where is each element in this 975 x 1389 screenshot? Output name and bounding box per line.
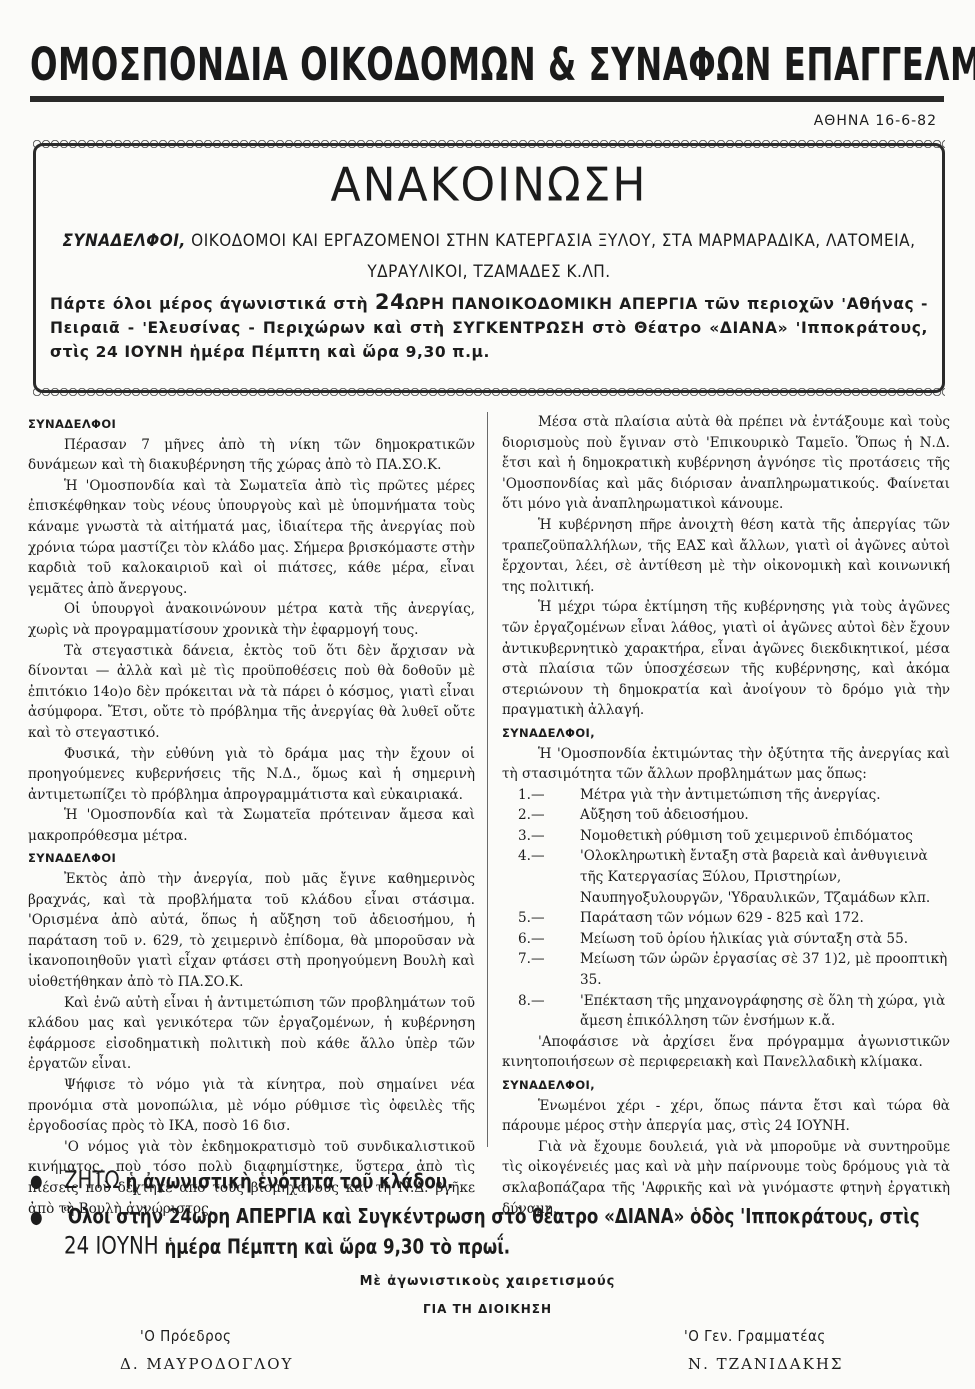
demand-item: 5.—Παράταση τῶν νόμων 629 - 825 καὶ 172. — [502, 908, 950, 929]
slogan2-text-2: ἡμέρα Πέμπτη καὶ ὥρα 9,30 τὸ πρωΐ. — [159, 1236, 510, 1259]
closing-board: ΓΙΑ ΤΗ ΔΙΟΙΚΗΣΗ — [0, 1302, 975, 1316]
announcement-title: ΑΝΑΚΟΙΝΩΣΗ — [36, 159, 942, 213]
announcement-address: ΣΥΝΑΔΕΛΦΟΙ, ΟΙΚΟΔΟΜΟΙ ΚΑΙ ΕΡΓΑΖΟΜΕΝΟΙ ΣΤ… — [46, 226, 932, 288]
demand-item: 7.—Μείωση τῶν ὡρῶν ἐργασίας σὲ 37 1)2, μ… — [502, 949, 950, 990]
demand-item: 8.—'Επέκταση τῆς μηχανογράφησης σὲ ὅλη τ… — [502, 991, 950, 1032]
section-heading: ΣΥΝΑΔΕΛΦΟΙ — [28, 848, 475, 869]
paragraph: Φυσικά, τὴν εὐθύνη γιὰ τὸ δράμα μας τὴν … — [28, 744, 475, 806]
paragraph: Ψήφισε τὸ νόμο γιὰ τὰ κίνητρα, ποὺ σημαί… — [28, 1075, 475, 1137]
paragraph: Ἡ 'Ομοσπονδία καὶ τὰ Σωματεῖα ἀπὸ τὶς πρ… — [28, 476, 475, 600]
demand-item: 6.—Μείωση τοῦ ὁρίου ἡλικίας γιὰ σύνταξη … — [502, 929, 950, 950]
closing-greeting: Μὲ ἀγωνιστικοὺς χαιρετισμούς — [0, 1274, 975, 1289]
right-column: Μέσα στὰ πλαίσια αὐτὰ θὰ πρέπει νὰ ἐντάξ… — [502, 412, 950, 1219]
demands-list: 1.—Μέτρα γιὰ τὴν ἀντιμετώπιση τῆς ἀνεργί… — [502, 785, 950, 1032]
address-rest: ΟΙΚΟΔΟΜΟΙ ΚΑΙ ΕΡΓΑΖΟΜΕΝΟΙ ΣΤΗΝ ΚΑΤΕΡΓΑΣΙ… — [186, 231, 916, 282]
call-24: 24 — [375, 290, 405, 314]
demand-item: 4.—'Ολοκληρωτικὴ ἔνταξη στὰ βαρειὰ καὶ ἀ… — [502, 846, 950, 908]
strike-call: Πάρτε όλοι μέρος άγωνιστικά στὴ 24ΩΡΗ ΠΑ… — [50, 290, 928, 364]
body-columns: ΣΥΝΑΔΕΛΦΟΙ Πέρασαν 7 μῆνες ἀπὸ τὴ νίκη τ… — [28, 412, 950, 1157]
section-heading: ΣΥΝΑΔΕΛΦΟΙ, — [502, 1075, 950, 1096]
secretary-name: Ν. ΤΖΑΝΙΔΑΚΗΣ — [688, 1355, 844, 1373]
left-column: ΣΥΝΑΔΕΛΦΟΙ Πέρασαν 7 μῆνες ἀπὸ τὴ νίκη τ… — [28, 412, 475, 1219]
column-divider — [487, 412, 488, 1147]
paragraph: Τὰ στεγαστικὰ δάνεια, ἐκτὸς τοῦ ὅτι δὲν … — [28, 641, 475, 744]
demand-item: 1.—Μέτρα γιὰ τὴν ἀντιμετώπιση τῆς ἀνεργί… — [502, 785, 950, 806]
secretary-title: 'Ο Γεν. Γραμματέας — [684, 1327, 826, 1345]
demand-item: 2.—Αὔξηση τοῦ ἀδειοσήμου. — [502, 805, 950, 826]
header-rule — [30, 96, 944, 102]
slogan-1: ● ΖΗΤΩ ἡ ἀγωνιστικὴ ἑνότητα τοῦ κλάδου. — [30, 1166, 945, 1197]
call-text-1: Πάρτε όλοι μέρος άγωνιστικά στὴ — [50, 295, 375, 313]
section-heading: ΣΥΝΑΔΕΛΦΟΙ, — [502, 723, 950, 744]
slogan2-date: 24 ΙΟΥΝΗ — [64, 1233, 159, 1261]
slogan2-text-1: Ὅλοι στὴν 24ωρη ΑΠΕΡΓΙΑ καὶ Συγκέντρωση … — [64, 1205, 920, 1228]
slogan1-lead: ΖΗΤΩ — [64, 1167, 120, 1195]
paragraph: Ἡ 'Ομοσπονδία καὶ τὰ Σωματεῖα πρότειναν … — [28, 805, 475, 846]
slogans: ● ΖΗΤΩ ἡ ἀγωνιστικὴ ἑνότητα τοῦ κλάδου. … — [30, 1166, 945, 1265]
paragraph: Μέσα στὰ πλαίσια αὐτὰ θὰ πρέπει νὰ ἐντάξ… — [502, 412, 950, 515]
demand-item: 3.—Νομοθετικὴ ρύθμιση τοῦ χειμερινοῦ ἐπι… — [502, 826, 950, 847]
bullet-icon: ● — [30, 1202, 64, 1263]
president-title: 'Ο Πρόεδρος — [140, 1327, 231, 1345]
section-heading: ΣΥΝΑΔΕΛΦΟΙ — [28, 414, 475, 435]
paragraph: Ἡ μέχρι τώρα ἐκτίμηση τῆς κυβέρνησης γιὰ… — [502, 597, 950, 721]
place-date: ΑΘΗΝΑ 16-6-82 — [814, 113, 937, 129]
paragraph: Πέρασαν 7 μῆνες ἀπὸ τὴ νίκη τῶν δημοκρατ… — [28, 435, 475, 476]
paragraph: Ἑνωμένοι χέρι - χέρι, ὅπως πάντα ἔτσι κα… — [502, 1096, 950, 1137]
paragraph: Ἡ κυβέρνηση πῆρε ἀνοιχτὴ θέση κατὰ τῆς ἀ… — [502, 515, 950, 597]
president-name: Δ. ΜΑΥΡΟΔΟΓΛΟΥ — [120, 1355, 293, 1373]
organization-header: ΟΜΟΣΠΟΝΔΙΑ ΟΙΚΟΔΟΜΩΝ & ΣΥΝΑΦΩΝ ΕΠΑΓΓΕΛΜΑ… — [30, 40, 945, 91]
slogan-2: ● Ὅλοι στὴν 24ωρη ΑΠΕΡΓΙΑ καὶ Συγκέντρωσ… — [30, 1202, 945, 1263]
paragraph: Ἐκτὸς ἀπὸ τὴν ἀνεργία, ποὺ μᾶς ἔγινε καθ… — [28, 869, 475, 993]
paragraph: 'Αποφάσισε νὰ ἀρχίσει ἕνα πρόγραμμα ἀγων… — [502, 1032, 950, 1073]
bullet-icon: ● — [30, 1166, 64, 1197]
slogan1-text: ἡ ἀγωνιστικὴ ἑνότητα τοῦ κλάδου. — [120, 1170, 454, 1193]
paragraph: Ἡ 'Ομοσπονδία ἐκτιμώντας τὴν ὀξύτητα τῆς… — [502, 744, 950, 785]
paragraph: Καὶ ἐνῶ αὐτὴ εἶναι ἡ ἀντιμετώπιση τῶν πρ… — [28, 993, 475, 1075]
paragraph: Οἱ ὑπουργοὶ ἀνακοινώνουν μέτρα κατὰ τῆς … — [28, 599, 475, 640]
address-lead: ΣΥΝΑΔΕΛΦΟΙ, — [63, 231, 186, 251]
announcement-box: ΑΝΑΚΟΙΝΩΣΗ ΣΥΝΑΔΕΛΦΟΙ, ΟΙΚΟΔΟΜΟΙ ΚΑΙ ΕΡΓ… — [33, 143, 945, 393]
